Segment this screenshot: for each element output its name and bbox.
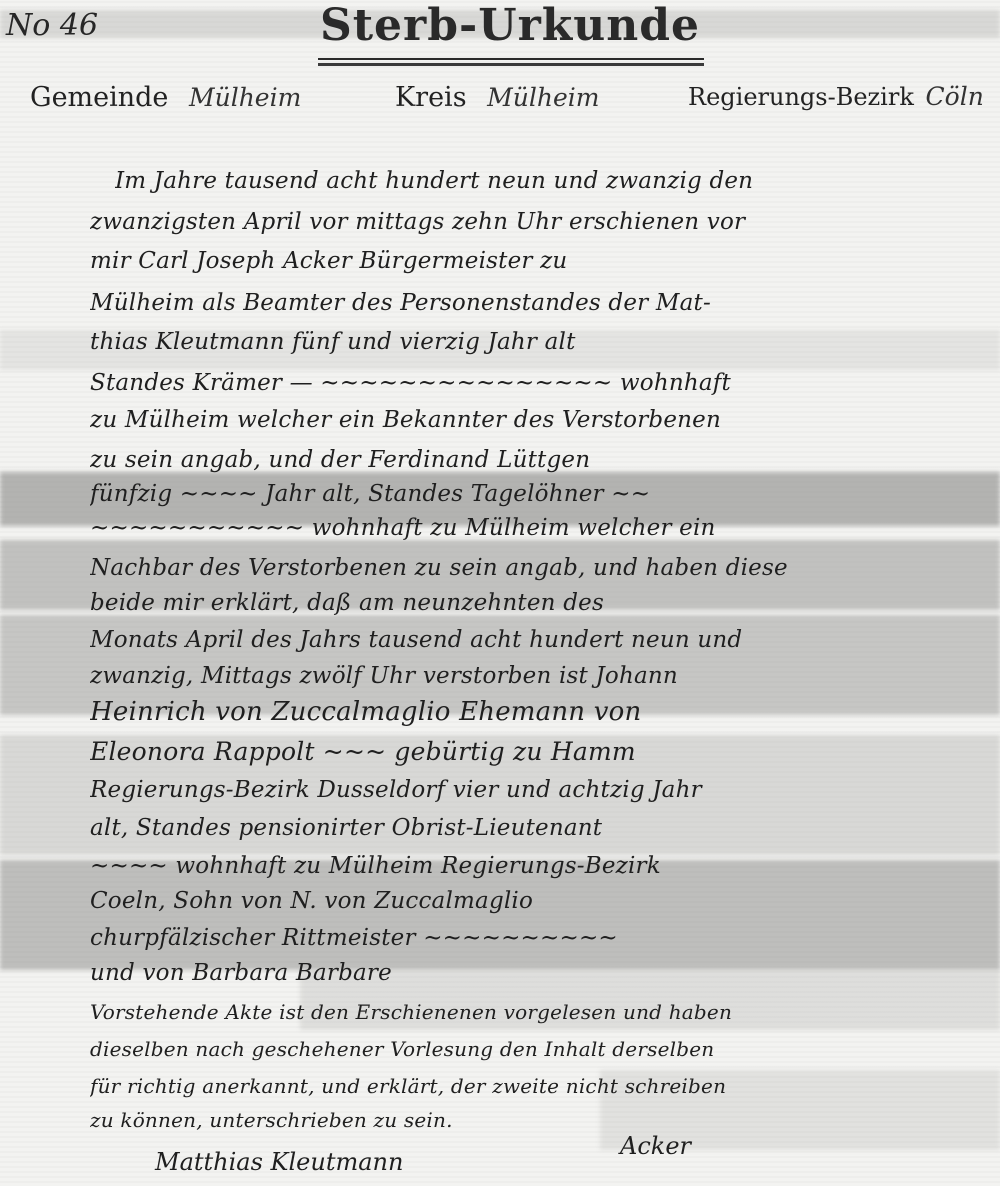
title-underline-double — [318, 63, 704, 66]
body-line: ~~~~ wohnhaft zu Mülheim Regierungs-Bezi… — [90, 853, 990, 879]
body-line: zu sein angab, und der Ferdinand Lüttgen — [90, 447, 990, 473]
body-line-parents: und von Barbara Barbare — [90, 960, 990, 986]
title-underline — [318, 58, 704, 60]
body-line-deceased-name: Heinrich von Zuccalmaglio Ehemann von — [90, 697, 990, 727]
body-line: zu Mülheim welcher ein Bekannter des Ver… — [90, 407, 990, 433]
body-line: ~~~~~~~~~~~ wohnhaft zu Mülheim welcher … — [90, 515, 990, 541]
body-line: Regierungs-Bezirk Dusseldorf vier und ac… — [90, 777, 990, 803]
body-line: Mülheim als Beamter des Personenstandes … — [90, 290, 990, 316]
body-line-spouse-name: Eleonora Rappolt ~~~ gebürtig zu Hamm — [90, 737, 990, 766]
body-line: zu können, unterschrieben zu sein. — [90, 1108, 990, 1132]
body-line: Nachbar des Verstorbenen zu sein angab, … — [90, 555, 990, 581]
header-kreis: Kreis Mülheim — [395, 82, 599, 113]
number-value: 46 — [60, 8, 98, 43]
header-gemeinde: Gemeinde Mülheim — [30, 82, 301, 113]
kreis-label: Kreis — [395, 82, 467, 113]
bezirk-label: Regierungs-Bezirk — [688, 83, 914, 111]
signature-witness: Matthias Kleutmann — [155, 1148, 403, 1176]
bezirk-value: Cöln — [926, 82, 984, 111]
header-bezirk: Regierungs-Bezirk Cöln — [688, 82, 984, 111]
body-line: beide mir erklärt, daß am neunzehnten de… — [90, 590, 990, 616]
body-line: Coeln, Sohn von N. von Zuccalmaglio — [90, 888, 990, 914]
body-line: Im Jahre tausend acht hundert neun und z… — [115, 168, 1000, 194]
signature-official: Acker — [620, 1132, 691, 1160]
body-line: thias Kleutmann fünf und vierzig Jahr al… — [90, 329, 990, 355]
body-line: Monats April des Jahrs tausend acht hund… — [90, 627, 990, 653]
number-prefix: No — [6, 8, 50, 43]
document-page: No 46 Sterb-Urkunde Gemeinde Mülheim Kre… — [0, 0, 1000, 1186]
body-line: zwanzig, Mittags zwölf Uhr verstorben is… — [90, 663, 990, 689]
body-line: dieselben nach geschehener Vorlesung den… — [90, 1037, 990, 1061]
body-line: alt, Standes pensionirter Obrist-Lieuten… — [90, 815, 990, 841]
body-line: Vorstehende Akte ist den Erschienenen vo… — [90, 1000, 990, 1024]
body-line: mir Carl Joseph Acker Bürgermeister zu — [90, 248, 990, 274]
body-line: zwanzigsten April vor mittags zehn Uhr e… — [90, 209, 990, 235]
body-line: churpfälzischer Rittmeister ~~~~~~~~~~ — [90, 925, 990, 951]
body-line: für richtig anerkannt, und erklärt, der … — [90, 1074, 990, 1098]
certificate-number: No 46 — [6, 8, 98, 43]
body-line: Standes Krämer — ~~~~~~~~~~~~~~~ wohnhaf… — [90, 370, 990, 396]
gemeinde-value: Mülheim — [189, 83, 301, 112]
document-title: Sterb-Urkunde — [300, 0, 720, 51]
body-line: fünfzig ~~~~ Jahr alt, Standes Tagelöhne… — [90, 481, 990, 507]
gemeinde-label: Gemeinde — [30, 82, 168, 113]
kreis-value: Mülheim — [487, 83, 599, 112]
